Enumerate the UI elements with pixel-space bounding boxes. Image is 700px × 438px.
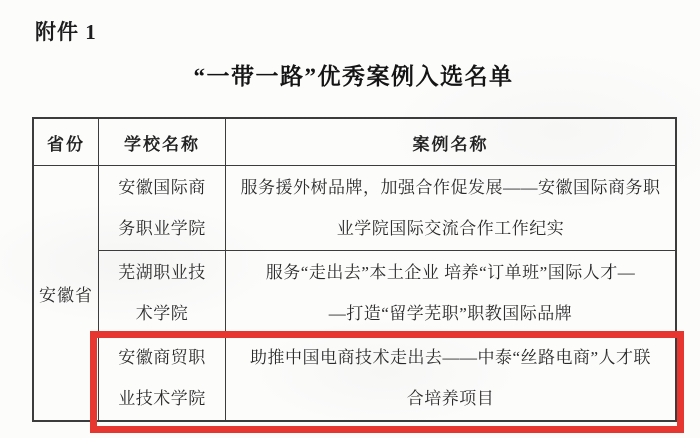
school-name-line: 安徽商贸职 bbox=[99, 337, 225, 378]
case-name-line: —打造“留学芜职”职教国际品牌 bbox=[226, 293, 675, 334]
case-cell: 服务援外树品牌，加强合作促发展——安徽国际商务职 业学院国际交流合作工作纪实 bbox=[226, 166, 677, 251]
page-title: “一带一路”优秀案例入选名单 bbox=[32, 58, 675, 91]
case-name-line: 业学院国际交流合作工作纪实 bbox=[226, 208, 675, 249]
school-cell: 安徽国际商 务职业学院 bbox=[99, 166, 226, 251]
cases-table: 省份 学校名称 案例名称 安徽省 安徽国际商 务职业学院 服务援外树品牌，加强合… bbox=[32, 117, 677, 422]
column-header-case: 案例名称 bbox=[226, 118, 677, 166]
attachment-label: 附件 1 bbox=[35, 16, 97, 46]
case-name-line: 服务“走出去”本土企业 培养“订单班”国际人才— bbox=[226, 252, 675, 293]
table-row: 安徽省 安徽国际商 务职业学院 服务援外树品牌，加强合作促发展——安徽国际商务职… bbox=[33, 166, 676, 251]
province-cell: 安徽省 bbox=[33, 166, 99, 422]
school-name-line: 务职业学院 bbox=[99, 208, 225, 249]
column-header-school: 学校名称 bbox=[99, 118, 226, 166]
table-row-highlighted: 安徽商贸职 业技术学院 助推中国电商技术走出去——中泰“丝路电商”人才联 合培养… bbox=[33, 336, 676, 422]
case-cell: 服务“走出去”本土企业 培养“订单班”国际人才— —打造“留学芜职”职教国际品牌 bbox=[226, 251, 677, 336]
table-row: 芜湖职业技 术学院 服务“走出去”本土企业 培养“订单班”国际人才— —打造“留… bbox=[33, 251, 676, 336]
table-header-row: 省份 学校名称 案例名称 bbox=[33, 118, 676, 166]
column-header-province: 省份 bbox=[33, 118, 99, 166]
school-name-line: 芜湖职业技 bbox=[99, 252, 225, 293]
case-name-line: 助推中国电商技术走出去——中泰“丝路电商”人才联 bbox=[226, 337, 675, 378]
document-page: 附件 1 “一带一路”优秀案例入选名单 省份 学校名称 案例名称 安徽省 安徽国… bbox=[0, 0, 700, 438]
case-name-line: 合培养项目 bbox=[226, 378, 675, 419]
school-cell: 芜湖职业技 术学院 bbox=[99, 251, 226, 336]
case-cell: 助推中国电商技术走出去——中泰“丝路电商”人才联 合培养项目 bbox=[226, 336, 677, 422]
school-cell: 安徽商贸职 业技术学院 bbox=[99, 336, 226, 422]
school-name-line: 业技术学院 bbox=[99, 378, 225, 419]
school-name-line: 安徽国际商 bbox=[99, 167, 225, 208]
case-name-line: 服务援外树品牌，加强合作促发展——安徽国际商务职 bbox=[226, 167, 675, 208]
school-name-line: 术学院 bbox=[99, 293, 225, 334]
